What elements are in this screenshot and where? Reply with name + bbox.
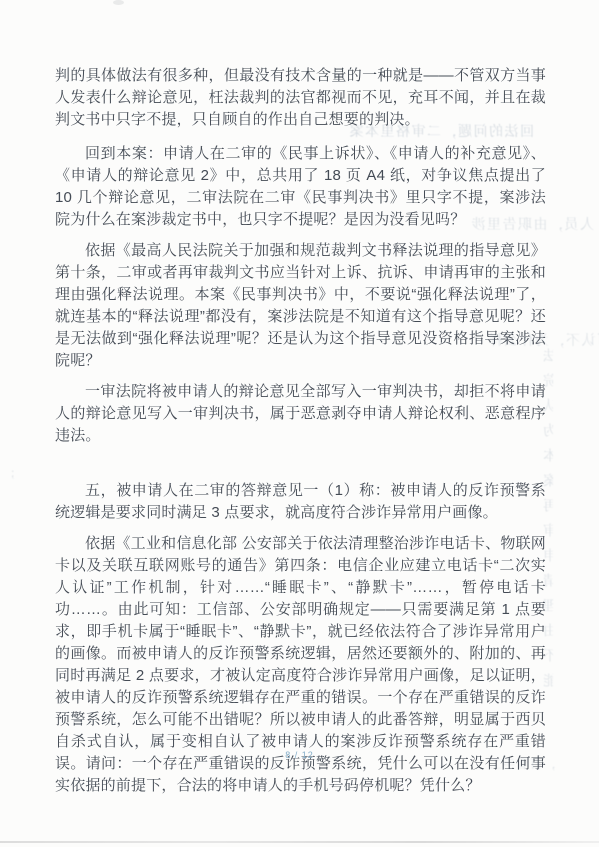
paragraph-continuation: 判的具体做法有很多种，但最没有技术含量的一种就是——不管双方当事人发表什么辩论意… bbox=[55, 65, 546, 131]
paper-bottom-edge bbox=[0, 841, 599, 843]
paragraph: 依据《最高人民法院关于加强和规范裁判文书释法说理的指导意见》第十条，二审或者再审… bbox=[55, 240, 546, 372]
paragraph-section-five: 五，被申请人在二审的答辩意见一（1）称：被申请人的反诈预警系统逻辑是要求同时满足… bbox=[55, 480, 546, 524]
bleedthrough-text: ； bbox=[2, 464, 16, 481]
paragraph: 一审法院将被申请人的辩论意见全部写入一审判决书，却拒不将申请人的辩论意见写入一审… bbox=[55, 381, 546, 447]
page-number: 8 / 12 bbox=[0, 750, 599, 760]
scan-smudge bbox=[113, 0, 124, 5]
document-body: 判的具体做法有很多种，但最没有技术含量的一种就是——不管双方当事人发表什么辩论意… bbox=[55, 65, 546, 806]
paragraph: 回到本案：申请人在二审的《民事上诉状》、《申请人的补充意见》、《申请人的辩论意见… bbox=[55, 143, 546, 231]
scanned-document-page: 回法的问题，二审格里本案 人员，由职告里涉 可认不，为什么样 ，百看手工 ； 法… bbox=[0, 0, 599, 847]
